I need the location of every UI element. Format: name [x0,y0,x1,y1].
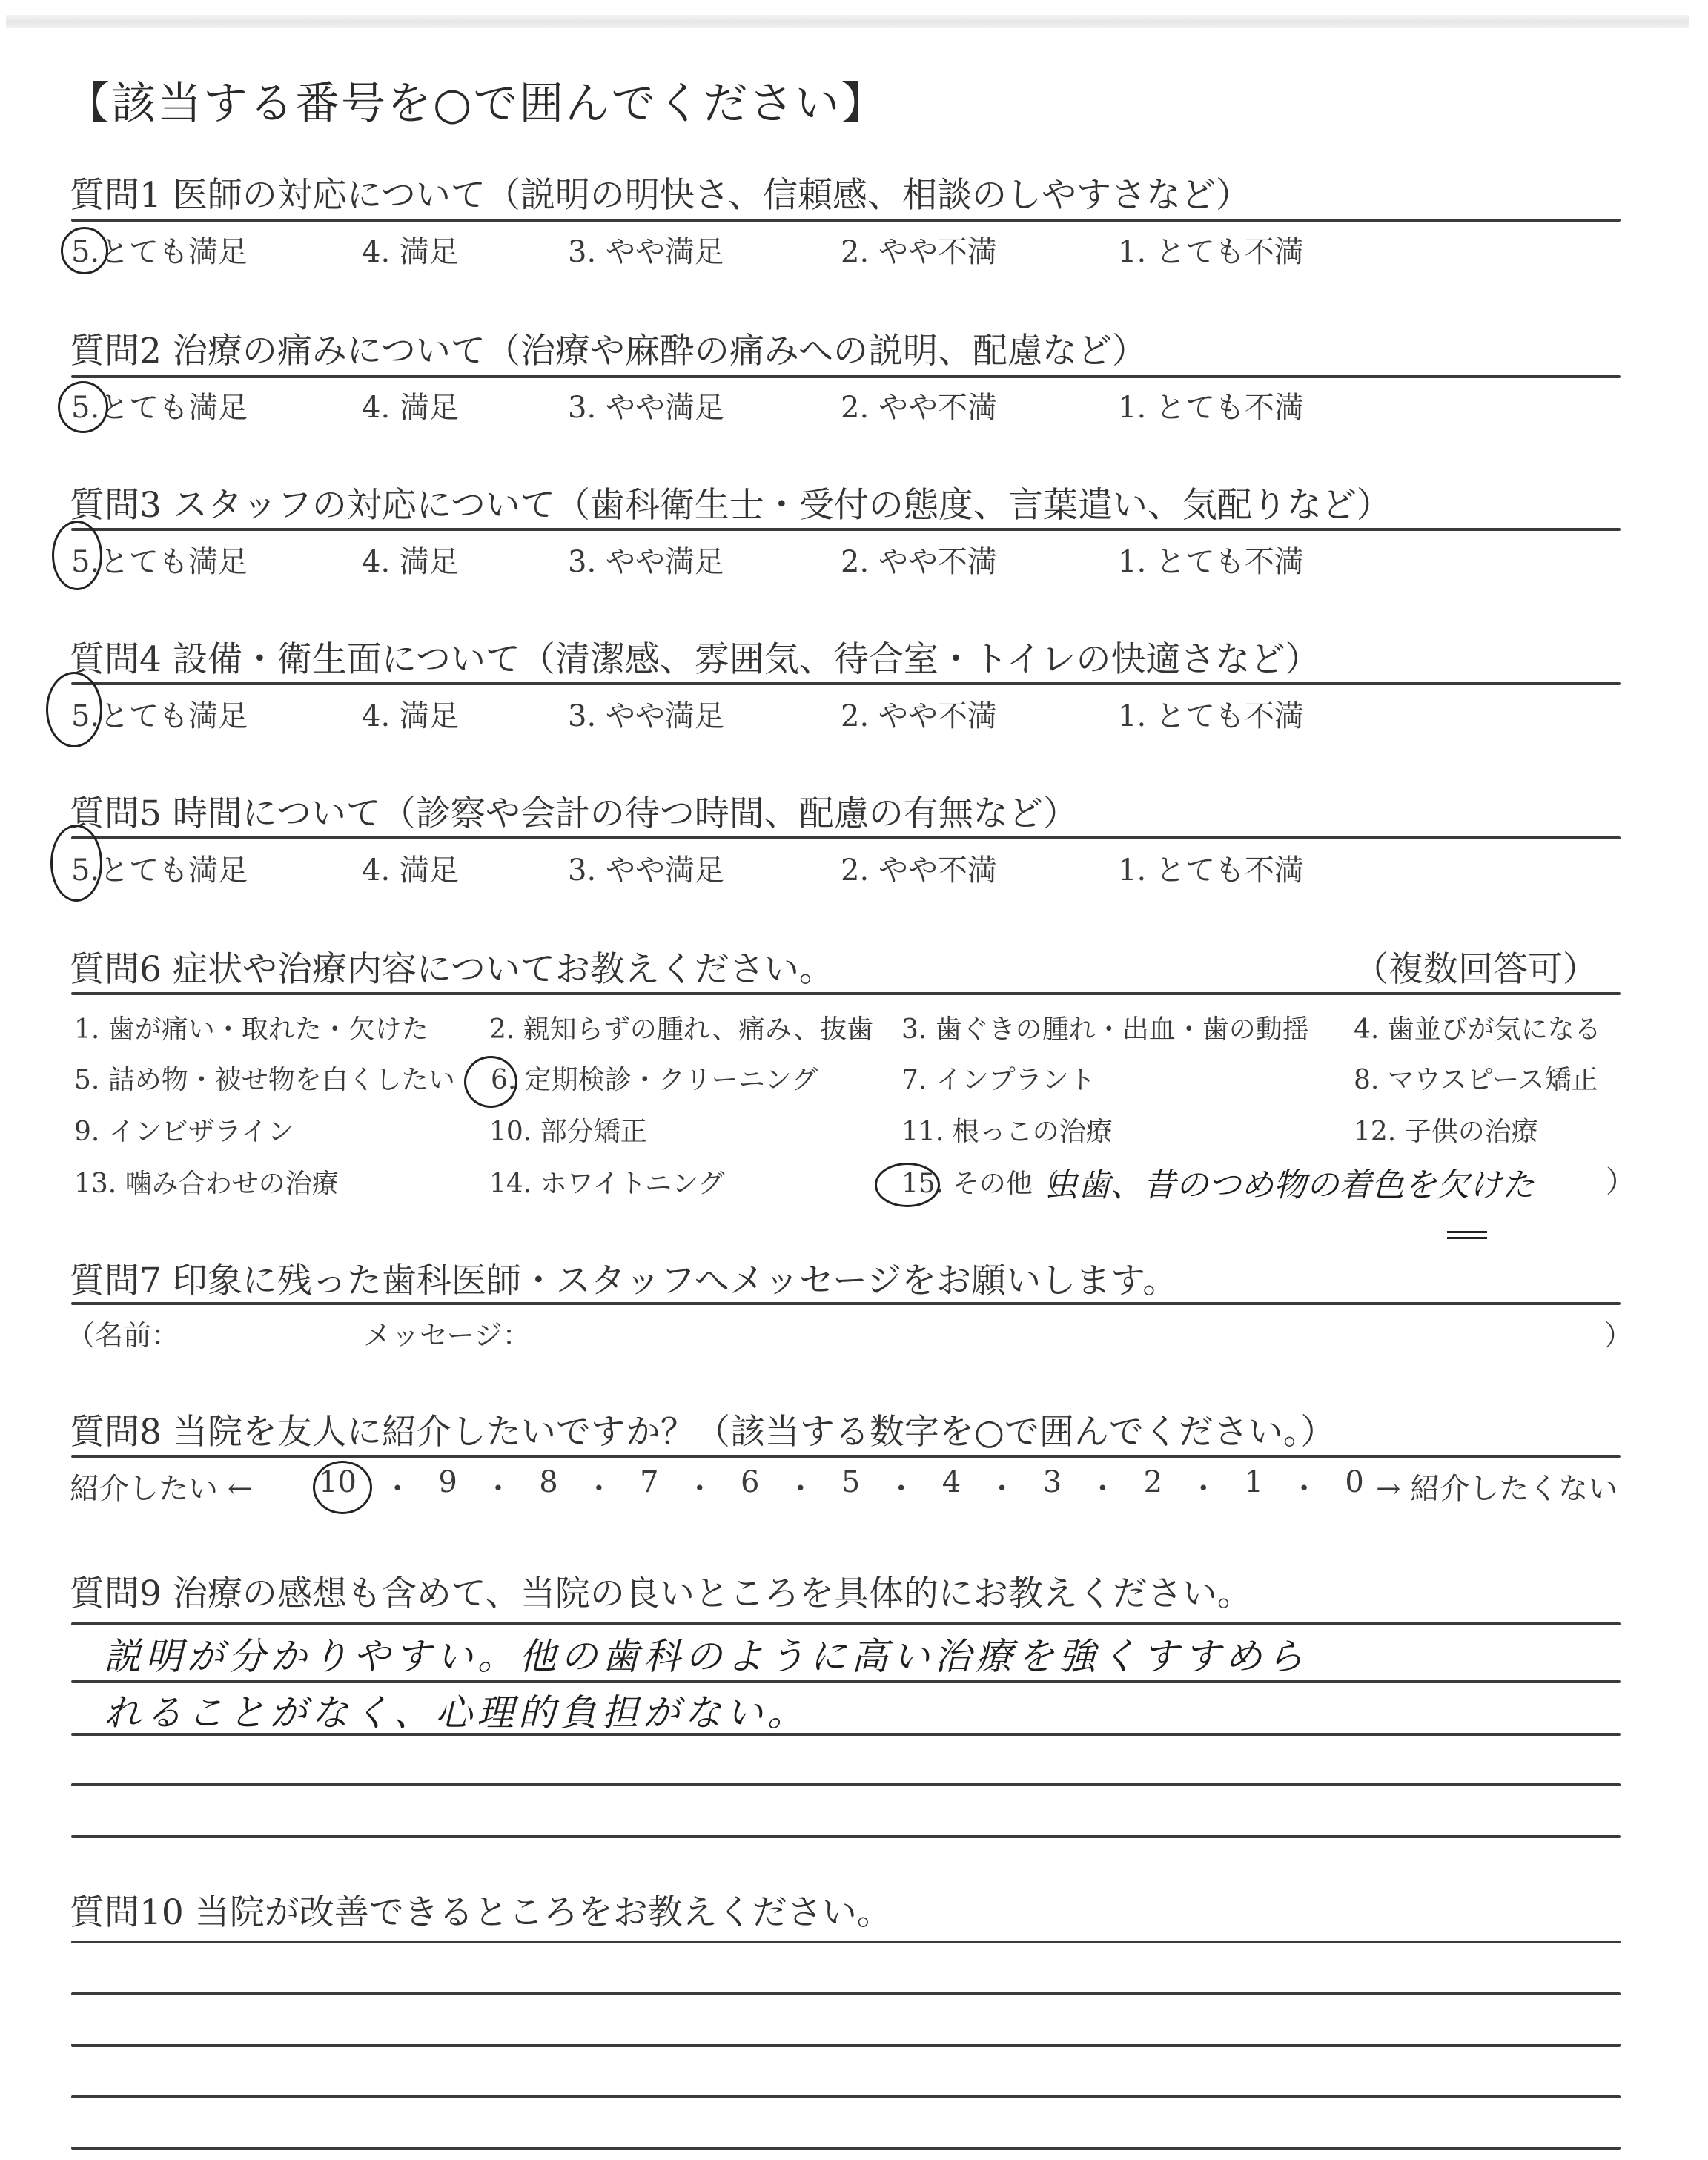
selection-circle-icon [50,825,102,902]
q2-option-2[interactable]: 2. やや不満 [841,384,997,426]
q4-option-3[interactable]: 3. やや満足 [568,693,724,735]
question-8-title: 質問8 当院を友人に紹介したいですか？（該当する数字を○で囲んでください。） [70,1404,1335,1454]
recommend-left-label: 紹介したい ← [70,1465,252,1507]
q4-option-2[interactable]: 2. やや不満 [841,693,997,735]
question-5-title: 質問5 時間について（診察や会計の待つ時間、配慮の有無など） [70,786,1078,836]
q3-option-1[interactable]: 1. とても不満 [1118,538,1304,581]
recommend-scale: 10・ 9・ 8・ 7・ 6・ 5・ 4・ 3・ 2・ 1・ 0 [319,1465,1364,1507]
scale-6[interactable]: 6 [741,1465,759,1507]
q6-other-handwritten[interactable]: 虫歯、昔のつめ物の着色を欠けた [1045,1158,1535,1206]
scale-2[interactable]: 2 [1144,1465,1162,1507]
question-7-title: 質問7 印象に残った歯科医師・スタッフへメッセージをお願いします。 [70,1253,1177,1303]
q1-option-3[interactable]: 3. やや満足 [568,228,724,271]
q9-answer-line-2[interactable]: れることがなく、心理的負担がない。 [104,1683,809,1737]
divider [71,682,1621,685]
q6-option-13[interactable]: 13. 噛み合わせの治療 [74,1163,339,1200]
q5-option-3[interactable]: 3. やや満足 [568,847,724,889]
question-4-title: 質問4 設備・衛生面について（清潔感、雰囲気、待合室・トイレの快適さなど） [70,632,1320,681]
q6-option-6[interactable]: 6. 定期検診・クリーニング [491,1059,818,1097]
question-6-title: 質問6 症状や治療内容についてお教えください。 [70,942,834,991]
recommend-right-label: → 紹介したくない [1376,1465,1618,1507]
multiple-answers-note: （複数回答可） [1354,942,1598,991]
scale-0[interactable]: 0 [1345,1465,1363,1507]
q5-option-4[interactable]: 4. 満足 [362,847,459,889]
q5-option-1[interactable]: 1. とても不満 [1118,847,1304,889]
message-label: メッセージ： [363,1312,531,1353]
q6-option-3[interactable]: 3. 歯ぐきの腫れ・出血・歯の動揺 [901,1008,1309,1046]
selection-circle-icon [46,672,102,747]
divider [71,528,1621,531]
q3-option-2[interactable]: 2. やや不満 [841,538,997,581]
scale-9[interactable]: 9 [438,1465,457,1507]
selection-circle-icon [464,1056,517,1108]
selection-circle-icon [875,1163,940,1207]
scale-4[interactable]: 4 [942,1465,961,1507]
question-9-title: 質問9 治療の感想も含めて、当院の良いところを具体的にお教えください。 [70,1566,1252,1616]
q9-answer-line-1[interactable]: 説明が分かりやすい。他の歯科のように高い治療を強くすすめら [104,1627,1308,1680]
page-title: 【該当する番号を○で囲んでください】 [65,68,887,132]
q2-option-3[interactable]: 3. やや満足 [568,384,724,426]
divider [71,375,1621,378]
q6-option-8[interactable]: 8. マウスピース矯正 [1354,1059,1598,1097]
divider [71,836,1621,839]
scan-edge [6,15,1689,28]
scale-8[interactable]: 8 [539,1465,557,1507]
answer-line [71,1622,1621,1625]
divider [71,219,1621,222]
selection-circle-icon [52,521,102,590]
q2-option-4[interactable]: 4. 満足 [362,384,459,426]
q6-option-2[interactable]: 2. 親知らずの腫れ、痛み、抜歯 [489,1008,873,1046]
answer-line [71,1835,1621,1838]
q6-option-4[interactable]: 4. 歯並びが気になる [1354,1008,1601,1046]
q6-option-14[interactable]: 14. ホワイトニング [489,1163,724,1200]
answer-line [71,2095,1621,2098]
answer-line [71,1733,1621,1736]
q2-option-1[interactable]: 1. とても不満 [1118,384,1304,426]
q3-option-3[interactable]: 3. やや満足 [568,538,724,581]
q1-option-1[interactable]: 1. とても不満 [1118,228,1304,271]
scale-5[interactable]: 5 [841,1465,860,1507]
name-label: （名前： [67,1312,179,1353]
q6-option-12[interactable]: 12. 子供の治療 [1354,1111,1538,1149]
selection-circle-icon [58,381,108,433]
divider [71,1455,1621,1458]
answer-line [71,1941,1621,1943]
scale-1[interactable]: 1 [1244,1465,1262,1507]
divider [71,992,1621,995]
q6-other-close: ） [1606,1158,1635,1200]
selection-circle-icon [313,1461,372,1514]
strikethrough-mark [1447,1237,1487,1239]
scale-3[interactable]: 3 [1043,1465,1062,1507]
q3-option-4[interactable]: 4. 満足 [362,538,459,581]
q1-option-4[interactable]: 4. 満足 [362,228,459,271]
q4-option-1[interactable]: 1. とても不満 [1118,693,1304,735]
question-1-title: 質問1 医師の対応について（説明の明快さ、信頼感、相談のしやすさなど） [70,168,1251,217]
scale-7[interactable]: 7 [640,1465,658,1507]
answer-line [71,1992,1621,1995]
q6-option-10[interactable]: 10. 部分矯正 [489,1111,647,1149]
q6-option-11[interactable]: 11. 根っこの治療 [901,1111,1113,1149]
question-2-title: 質問2 治療の痛みについて（治療や麻酔の痛みへの説明、配慮など） [70,323,1147,373]
q6-option-5[interactable]: 5. 詰め物・被せ物を白くしたい [74,1059,455,1097]
divider [71,1302,1621,1305]
answer-line [71,2147,1621,2150]
q6-option-9[interactable]: 9. インビザライン [74,1111,294,1149]
q6-option-7[interactable]: 7. インプラント [901,1059,1096,1097]
question-3-title: 質問3 スタッフの対応について（歯科衛生士・受付の態度、言葉遣い、気配りなど） [70,478,1391,527]
q6-option-1[interactable]: 1. 歯が痛い・取れた・欠けた [74,1008,428,1046]
message-close: ） [1604,1312,1632,1353]
q5-option-2[interactable]: 2. やや不満 [841,847,997,889]
answer-line [71,2044,1621,2047]
strikethrough-mark [1447,1231,1487,1233]
question-10-title: 質問10 当院が改善できるところをお教えください。 [70,1885,892,1935]
selection-circle-icon [61,227,108,274]
q4-option-4[interactable]: 4. 満足 [362,693,459,735]
q1-option-2[interactable]: 2. やや不満 [841,228,997,271]
answer-line [71,1783,1621,1786]
